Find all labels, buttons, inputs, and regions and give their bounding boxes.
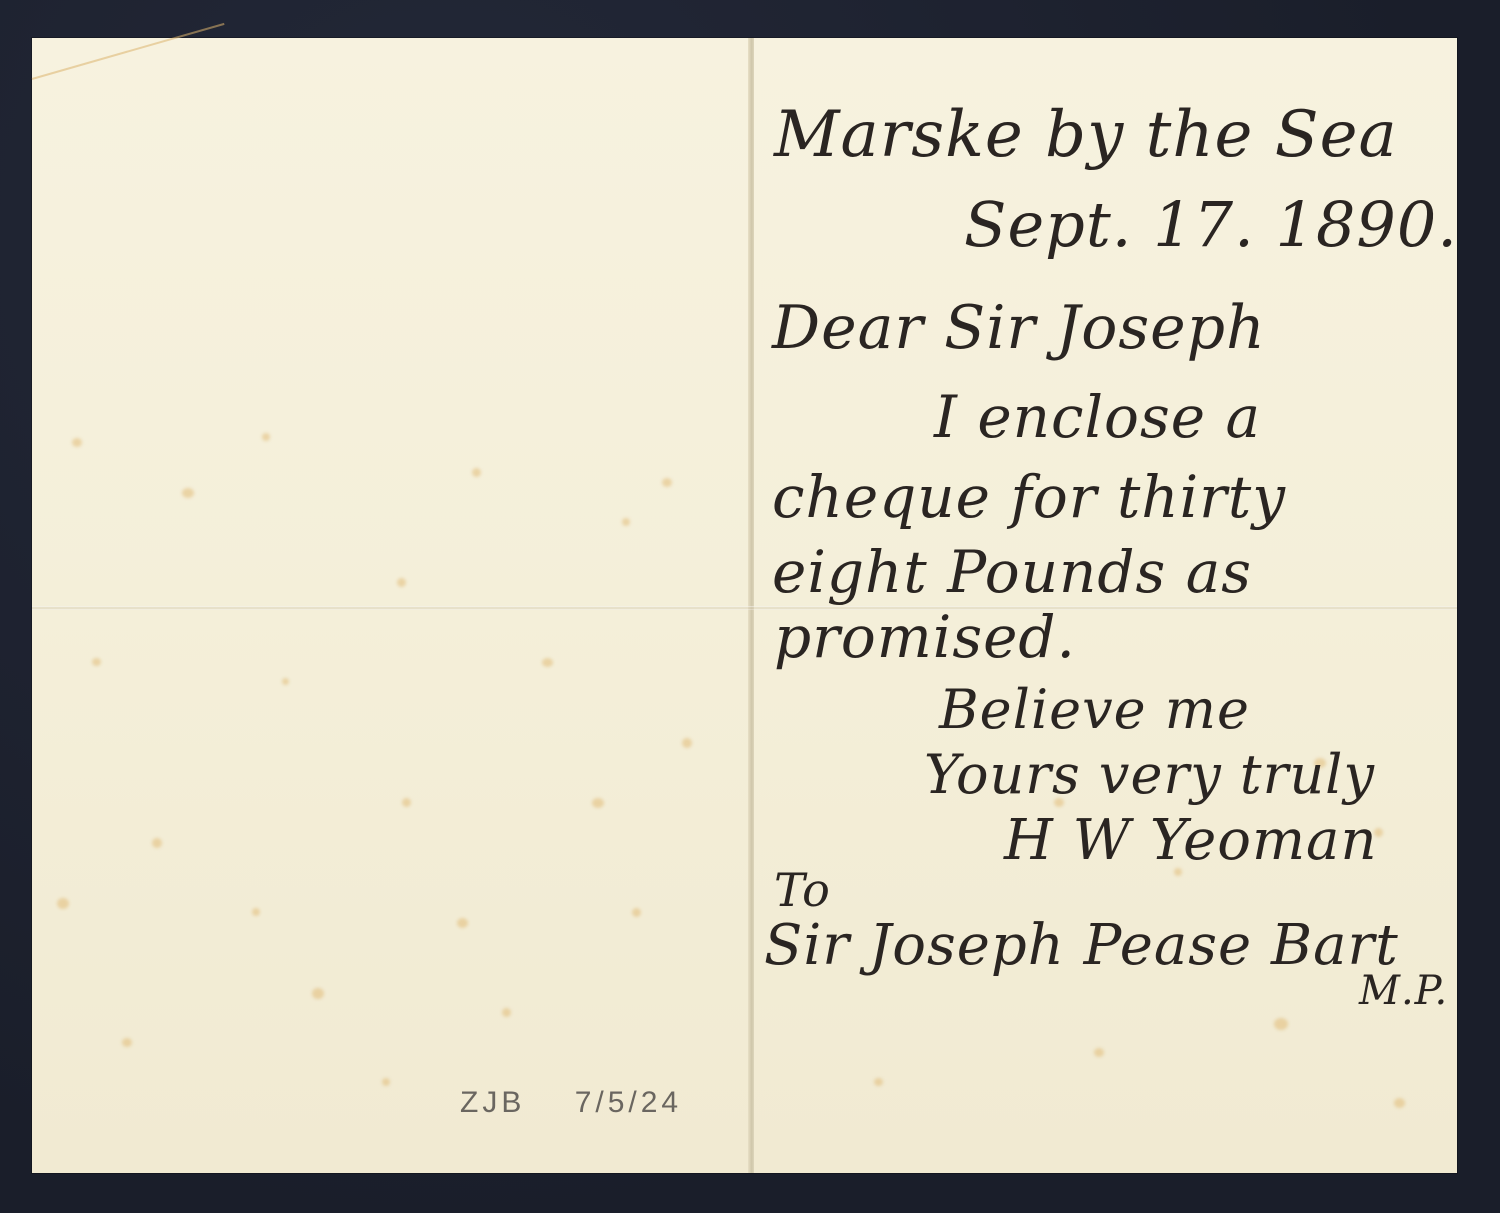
addressee: Sir Joseph Pease Bart [764, 913, 1399, 978]
foxing-spot [632, 908, 641, 917]
foxing-spot [472, 468, 481, 477]
foxing-spot [662, 478, 672, 487]
foxing-spot [542, 658, 553, 667]
foxing-spot [592, 798, 604, 808]
letter-sheet: ZJB 7/5/24 Marske by the Sea Sept. 17. 1… [32, 38, 1457, 1173]
body-line-3: eight Pounds as [772, 538, 1252, 606]
foxing-spot [502, 1008, 511, 1017]
foxing-spot [122, 1038, 132, 1047]
date-line: Sept. 17. 1890. [964, 188, 1458, 261]
addressee-suffix: M.P. [1359, 968, 1448, 1014]
archive-initials: ZJB [460, 1086, 525, 1119]
body-line-4: promised. [774, 603, 1076, 671]
salutation: Dear Sir Joseph [772, 293, 1266, 363]
foxing-spot [252, 908, 260, 916]
foxing-spot [457, 918, 468, 928]
place-line: Marske by the Sea [774, 98, 1398, 172]
closing-line-1: Believe me [939, 678, 1250, 741]
foxing-spot [397, 578, 406, 587]
archive-date: 7/5/24 [575, 1086, 682, 1119]
foxing-spot [282, 678, 289, 685]
foxing-spot [57, 898, 69, 909]
foxing-spot [312, 988, 324, 999]
archive-mark: ZJB 7/5/24 [460, 1086, 682, 1120]
foxing-spot [402, 798, 411, 807]
foxing-spot [1094, 1048, 1104, 1057]
foxing-spot [874, 1078, 883, 1086]
foxing-spot [262, 433, 270, 441]
foxing-spot [72, 438, 82, 447]
foxing-spot [622, 518, 630, 526]
foxing-spot [682, 738, 692, 748]
foxing-spot [152, 838, 162, 848]
foxing-spot [1274, 1018, 1288, 1030]
foxing-spot [92, 658, 101, 666]
body-line-1: I enclose a [934, 383, 1261, 451]
foxing-spot [182, 488, 194, 498]
closing-line-2: Yours very truly [924, 743, 1375, 806]
foxing-spot [382, 1078, 390, 1086]
horizontal-fold [32, 606, 1457, 610]
body-line-2: cheque for thirty [772, 463, 1286, 531]
foxing-spot [1394, 1098, 1405, 1108]
signature: H W Yeoman [1004, 808, 1378, 873]
address-to: To [774, 863, 831, 917]
